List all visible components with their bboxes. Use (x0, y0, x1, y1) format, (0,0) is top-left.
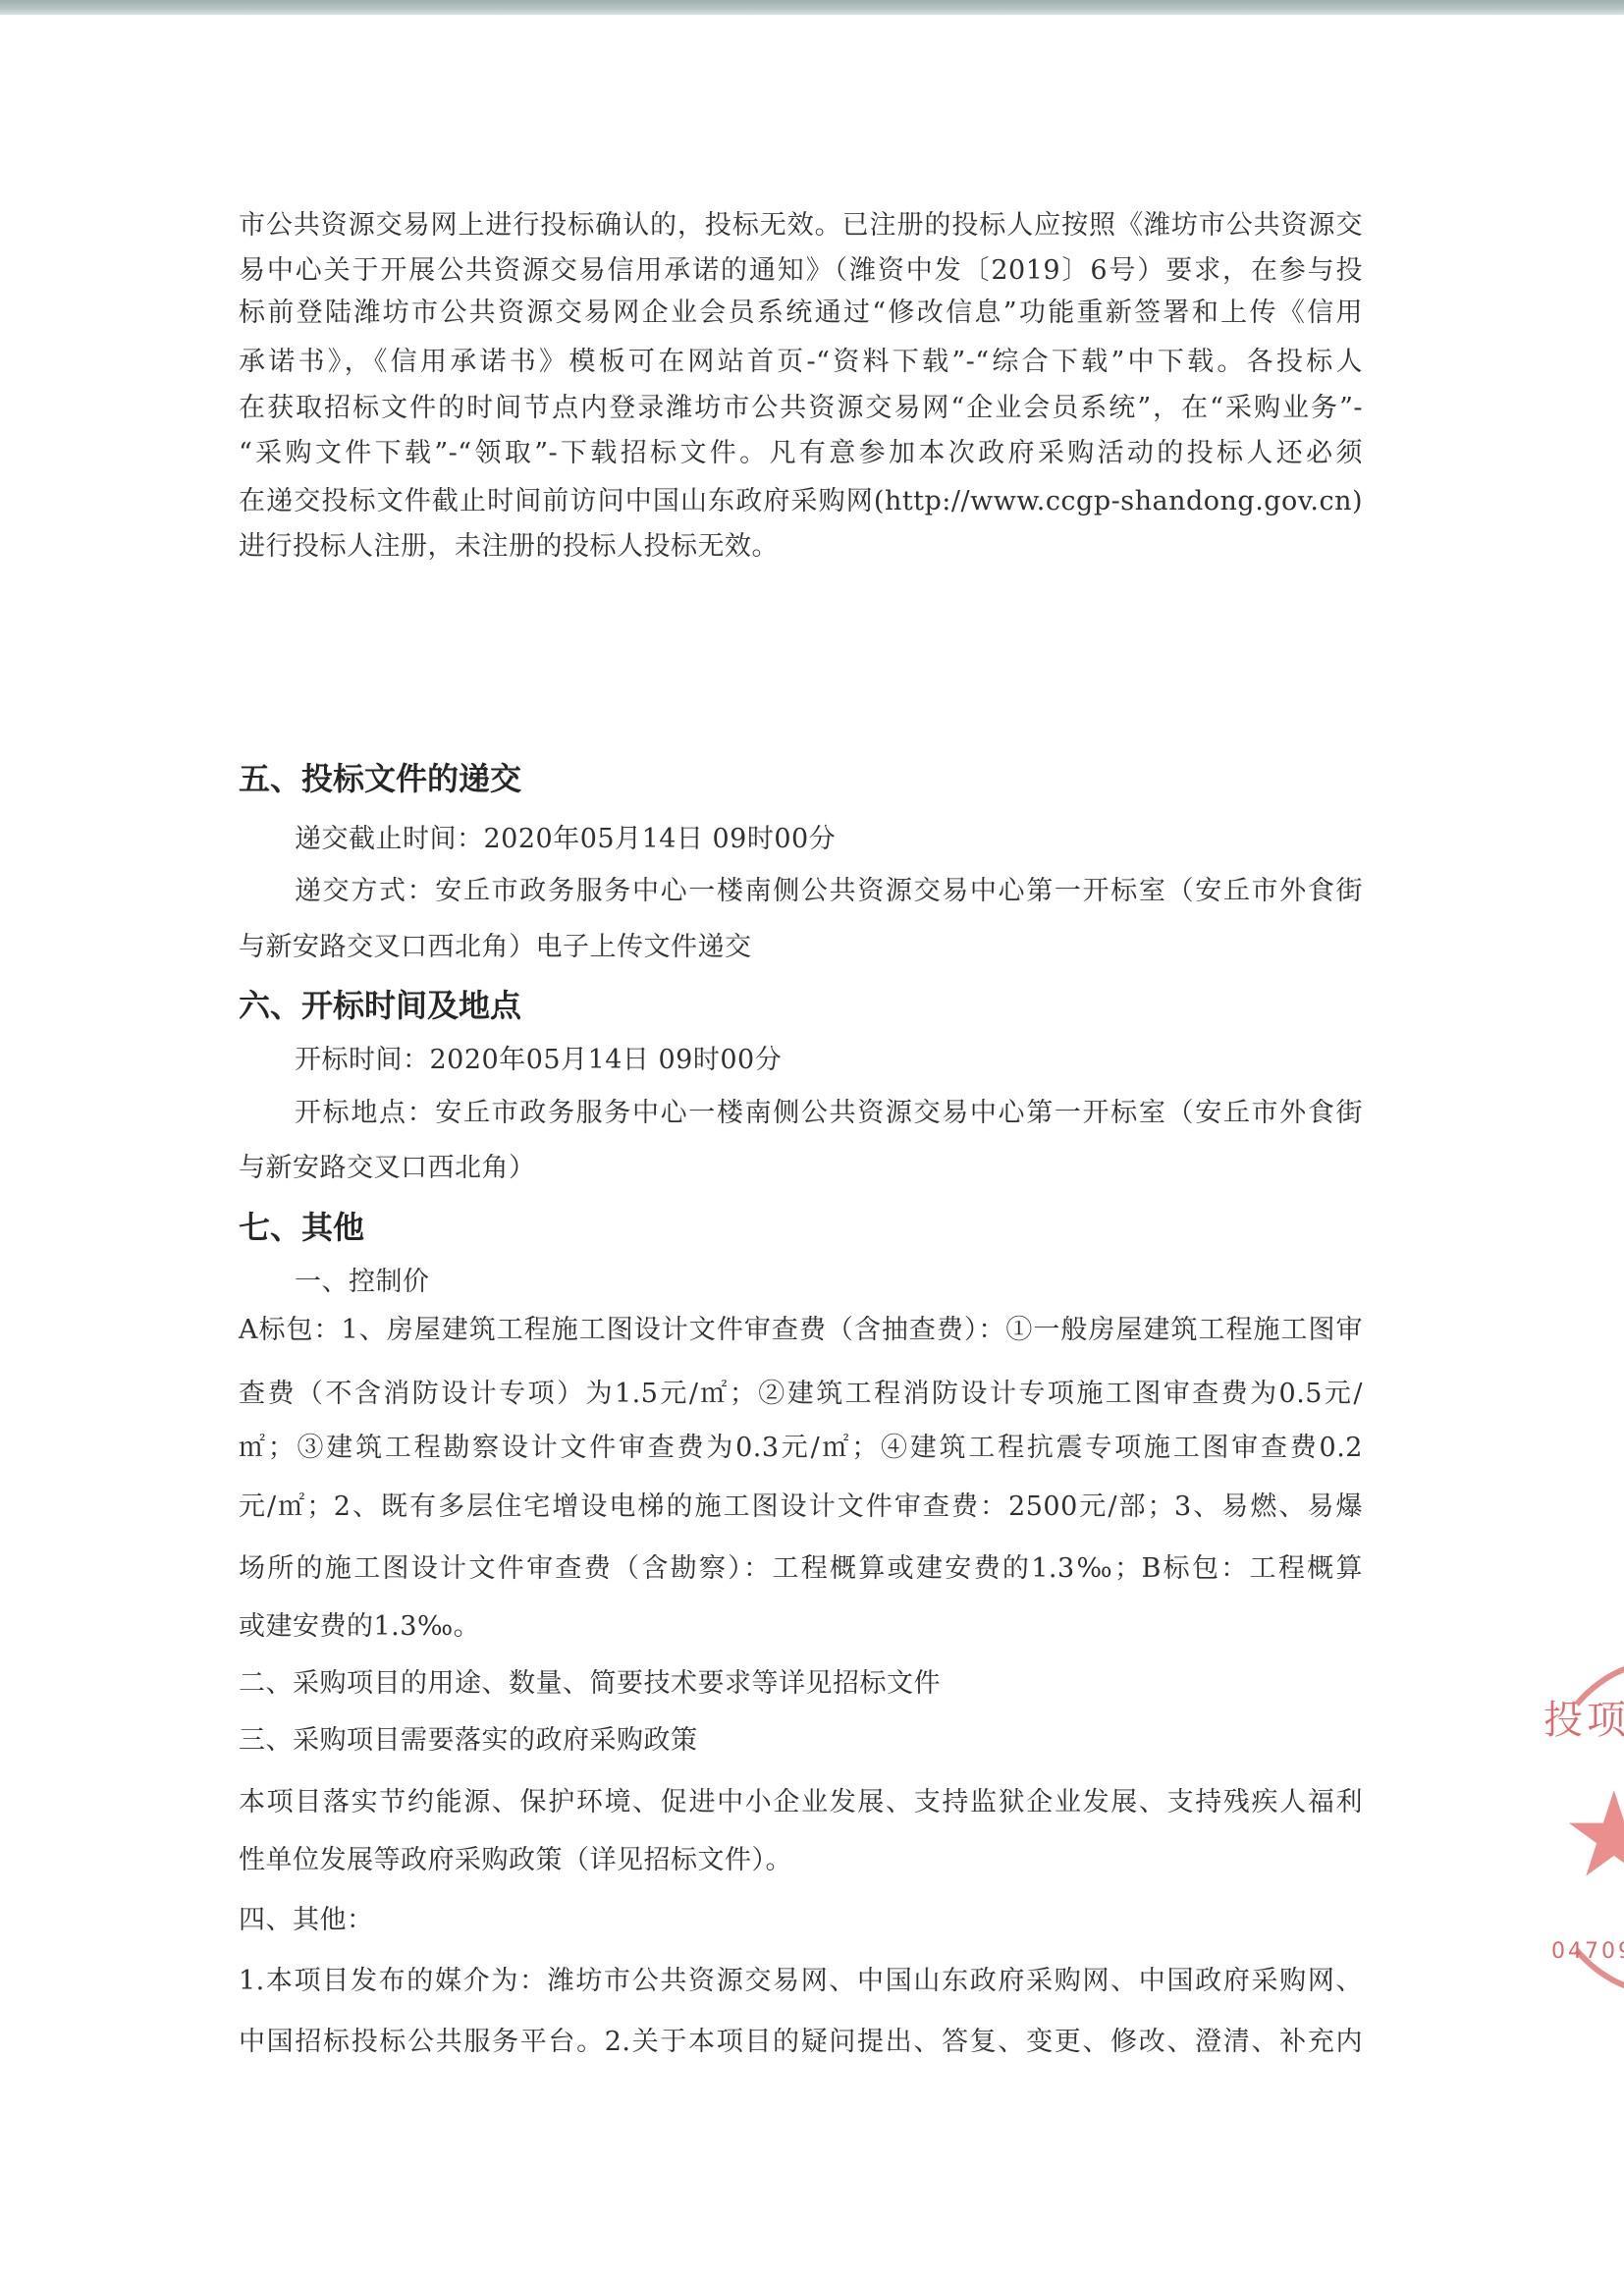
paragraph-line: 在递交投标文件截止时间前访问中国山东政府采购网(http://www.ccgp-… (239, 485, 1363, 518)
policy-line: 性单位发展等政府采购政策（详见招标文件）。 (239, 1844, 1363, 1877)
opening-place-cont: 与新安路交叉口西北角） (239, 1152, 1363, 1185)
subsection-policy: 三、采购项目需要落实的政府采购政策 (239, 1724, 1363, 1758)
policy-line: 本项目落实节约能源、保护环境、促进中小企业发展、支持监狱企业发展、支持残疾人福利 (239, 1786, 1363, 1819)
control-price-line: 场所的施工图设计文件审查费（含勘察）：工程概算或建安费的1.3‰；B标包：工程概… (239, 1552, 1363, 1586)
control-price-line: A标包：1、房屋建筑工程施工图设计文件审查费（含抽查费）：①一般房屋建筑工程施工… (239, 1314, 1363, 1347)
subsection-other: 四、其他： (239, 1904, 1363, 1937)
control-price-line: 或建安费的1.3‰。 (239, 1610, 1363, 1644)
opening-place: 开标地点：安丘市政务服务中心一楼南侧公共资源交易中心第一开标室（安丘市外食街 (295, 1097, 1363, 1130)
section-heading-7: 七、其他 (239, 1208, 364, 1247)
paragraph-line: 进行投标人注册，未注册的投标人投标无效。 (239, 530, 1363, 564)
submission-deadline: 递交截止时间：2020年05月14日 09时00分 (295, 823, 1363, 856)
paragraph-line: 在获取招标文件的时间节点内登录潍坊市公共资源交易网“企业会员系统”，在“采购业务… (239, 392, 1363, 425)
other-line: 1.本项目发布的媒介为：潍坊市公共资源交易网、中国山东政府采购网、中国政府采购网… (239, 1965, 1363, 1998)
control-price-line: 元/㎡；2、既有多层住宅增设电梯的施工图设计文件审查费：2500元/部；3、易燃… (239, 1491, 1363, 1524)
other-line: 中国招标投标公共服务平台。2.关于本项目的疑问提出、答复、变更、修改、澄清、补充… (239, 2026, 1363, 2059)
paragraph-line: 市公共资源交易网上进行投标确认的，投标无效。已注册的投标人应按照《潍坊市公共资源… (239, 209, 1363, 243)
subsection-control-price: 一、控制价 (295, 1266, 1363, 1299)
subsection-purpose: 二、采购项目的用途、数量、简要技术要求等详见招标文件 (239, 1667, 1363, 1701)
document-page: 市公共资源交易网上进行投标确认的，投标无效。已注册的投标人应按照《潍坊市公共资源… (0, 0, 1624, 2277)
section-heading-6: 六、开标时间及地点 (239, 986, 521, 1025)
paragraph-line: “采购文件下载”-“领取”-下载招标文件。凡有意参加本次政府采购活动的投标人还必… (239, 437, 1363, 470)
control-price-line: 查费（不含消防设计专项）为1.5元/㎡；②建筑工程消防设计专项施工图审查费为0.… (239, 1378, 1363, 1411)
opening-time: 开标时间：2020年05月14日 09时00分 (295, 1044, 1363, 1077)
submission-method-cont: 与新安路交叉口西北角）电子上传文件递交 (239, 931, 1363, 964)
control-price-line: ㎡；③建筑工程勘察设计文件审查费为0.3元/㎡；④建筑工程抗震专项施工图审查费0… (239, 1432, 1363, 1465)
paragraph-line: 易中心关于开展公共资源交易信用承诺的通知》（潍资中发〔2019〕6号）要求，在参… (239, 254, 1363, 288)
paragraph-line: 承诺书》，《信用承诺书》模板可在网站首页-“资料下载”-“综合下载”中下载。各投… (239, 346, 1363, 379)
paragraph-line: 标前登陆潍坊市公共资源交易网企业会员系统通过“修改信息”功能重新签署和上传《信用 (239, 297, 1363, 330)
submission-method: 递交方式：安丘市政务服务中心一楼南侧公共资源交易中心第一开标室（安丘市外食街 (295, 875, 1363, 908)
section-heading-5: 五、投标文件的递交 (239, 759, 521, 798)
